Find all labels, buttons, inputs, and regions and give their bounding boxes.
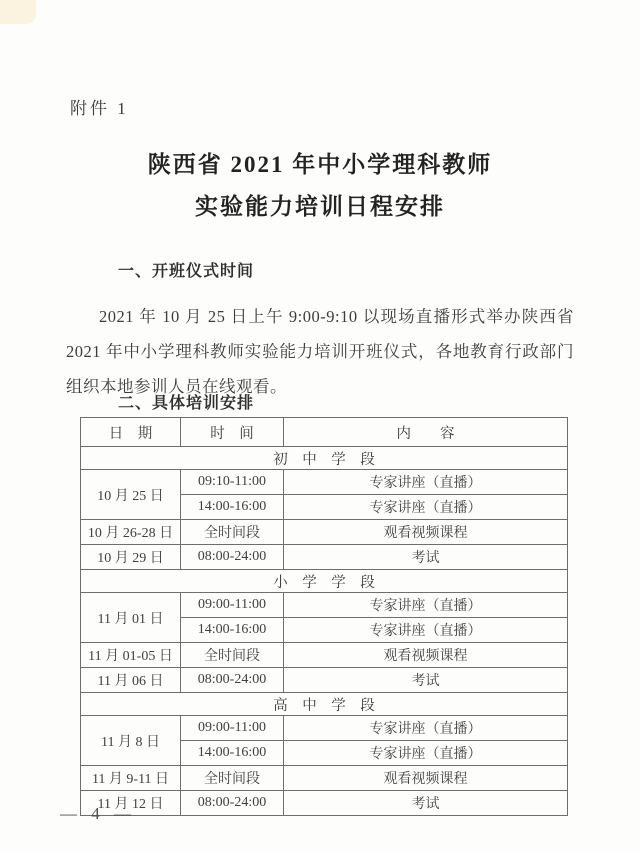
date-cell: 10 月 29 日 xyxy=(81,545,181,570)
time-cell: 09:00-11:00 xyxy=(181,716,284,741)
header-time: 时 间 xyxy=(181,418,284,447)
content-cell: 考试 xyxy=(284,668,568,693)
scan-corner-artifact xyxy=(0,0,36,24)
scanned-document-page: 附件 1 陕西省 2021 年中小学理科教师 实验能力培训日程安排 一、开班仪式… xyxy=(0,0,640,852)
document-title-line-1: 陕西省 2021 年中小学理科教师 xyxy=(0,144,640,186)
date-cell: 10 月 25 日 xyxy=(81,470,181,520)
document-title: 陕西省 2021 年中小学理科教师 实验能力培训日程安排 xyxy=(0,144,640,228)
date-cell: 11 月 01-05 日 xyxy=(81,643,181,668)
time-cell: 09:10-11:00 xyxy=(181,470,284,495)
time-cell: 14:00-16:00 xyxy=(181,495,284,520)
section-1-paragraph: 2021 年 10 月 25 日上午 9:00-9:10 以现场直播形式举办陕西… xyxy=(66,299,574,404)
training-schedule-table: 日 期 时 间 内 容 初 中 学 段 10 月 25 日 09:10-11:0… xyxy=(80,417,568,816)
content-cell: 专家讲座（直播） xyxy=(284,593,568,618)
content-cell: 观看视频课程 xyxy=(284,766,568,791)
table-row: 10 月 25 日 09:10-11:00 专家讲座（直播） xyxy=(81,470,568,495)
section-row: 高 中 学 段 xyxy=(81,693,568,716)
content-cell: 专家讲座（直播） xyxy=(284,470,568,495)
section-title-junior: 初 中 学 段 xyxy=(81,447,568,470)
time-cell: 全时间段 xyxy=(181,766,284,791)
table-row: 10 月 26-28 日 全时间段 观看视频课程 xyxy=(81,520,568,545)
content-cell: 专家讲座（直播） xyxy=(284,495,568,520)
table-header-row: 日 期 时 间 内 容 xyxy=(81,418,568,447)
date-cell: 10 月 26-28 日 xyxy=(81,520,181,545)
page-number: — 4 — xyxy=(60,804,136,824)
table-row: 11 月 06 日 08:00-24:00 考试 xyxy=(81,668,568,693)
attachment-label: 附件 1 xyxy=(70,94,129,119)
table-row: 11 月 12 日 08:00-24:00 考试 xyxy=(81,791,568,816)
time-cell: 09:00-11:00 xyxy=(181,593,284,618)
table-row: 11 月 8 日 09:00-11:00 专家讲座（直播） xyxy=(81,716,568,741)
time-cell: 08:00-24:00 xyxy=(181,668,284,693)
section-1-heading: 一、开班仪式时间 xyxy=(118,258,254,281)
document-title-line-2: 实验能力培训日程安排 xyxy=(0,186,640,228)
section-2-heading: 二、具体培训安排 xyxy=(118,390,254,413)
content-cell: 考试 xyxy=(284,545,568,570)
table-row: 11 月 9-11 日 全时间段 观看视频课程 xyxy=(81,766,568,791)
section-row: 小 学 学 段 xyxy=(81,570,568,593)
content-cell: 专家讲座（直播） xyxy=(284,618,568,643)
header-date: 日 期 xyxy=(81,418,181,447)
time-cell: 08:00-24:00 xyxy=(181,545,284,570)
content-cell: 专家讲座（直播） xyxy=(284,716,568,741)
time-cell: 全时间段 xyxy=(181,643,284,668)
date-cell: 11 月 06 日 xyxy=(81,668,181,693)
time-cell: 14:00-16:00 xyxy=(181,618,284,643)
content-cell: 观看视频课程 xyxy=(284,643,568,668)
content-cell: 专家讲座（直播） xyxy=(284,741,568,766)
date-cell: 11 月 01 日 xyxy=(81,593,181,643)
table-row: 11 月 01 日 09:00-11:00 专家讲座（直播） xyxy=(81,593,568,618)
date-cell: 11 月 9-11 日 xyxy=(81,766,181,791)
time-cell: 08:00-24:00 xyxy=(181,791,284,816)
time-cell: 14:00-16:00 xyxy=(181,741,284,766)
section-title-primary: 小 学 学 段 xyxy=(81,570,568,593)
table-row: 11 月 01-05 日 全时间段 观看视频课程 xyxy=(81,643,568,668)
date-cell: 11 月 8 日 xyxy=(81,716,181,766)
time-cell: 全时间段 xyxy=(181,520,284,545)
section-row: 初 中 学 段 xyxy=(81,447,568,470)
section-title-senior: 高 中 学 段 xyxy=(81,693,568,716)
content-cell: 观看视频课程 xyxy=(284,520,568,545)
header-content: 内 容 xyxy=(284,418,568,447)
table-row: 10 月 29 日 08:00-24:00 考试 xyxy=(81,545,568,570)
content-cell: 考试 xyxy=(284,791,568,816)
